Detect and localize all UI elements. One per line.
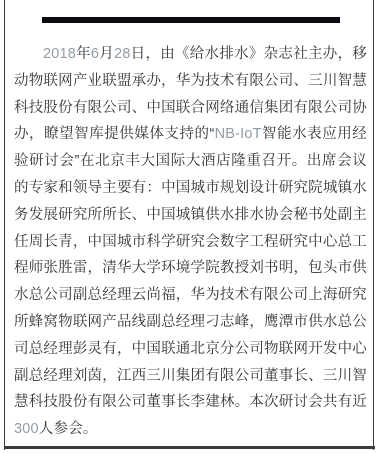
right-border-line — [373, 0, 374, 450]
latin-text-run: NB-IoT — [215, 126, 262, 142]
cjk-text-run: 人参会。 — [39, 421, 98, 437]
cjk-text-run: 年 — [76, 46, 91, 62]
latin-text-run: 300 — [14, 421, 39, 437]
latin-text-run: 2018 — [43, 46, 76, 62]
left-border-line — [4, 0, 5, 450]
article-page: 2018年6月28日，由《给水排水》杂志社主办，移动物联网产业联盟承办，华为技术… — [0, 0, 382, 453]
latin-text-run: 6 — [91, 46, 99, 62]
latin-text-run: 28 — [114, 46, 131, 62]
article-paragraph: 2018年6月28日，由《给水排水》杂志社主办，移动物联网产业联盟承办，华为技术… — [14, 41, 367, 443]
top-divider-rule — [42, 17, 340, 23]
cjk-text-run: 月 — [99, 46, 114, 62]
bottom-divider-rule — [4, 446, 375, 449]
cjk-text-run: 智能水表应用经验研讨会”在北京丰大国际大酒店隆重召开。出席会议的专家和领导主要有… — [14, 126, 367, 410]
